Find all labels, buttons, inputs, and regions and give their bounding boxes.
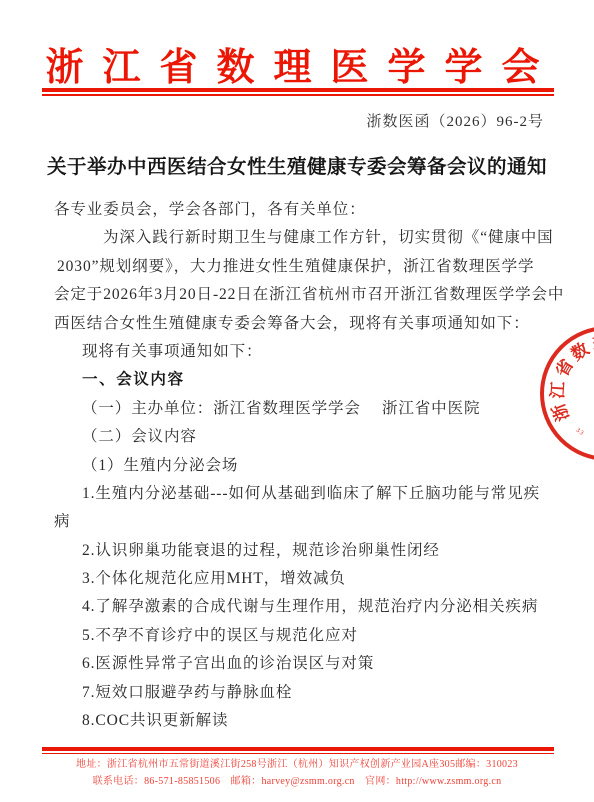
footer-divider (42, 747, 554, 754)
body-line: 各专业委员会，学会各部门，各有关单位： (54, 196, 568, 224)
body-line: 7.短效口服避孕药与静脉血栓 (54, 679, 568, 707)
body-line: 为深入践行新时期卫生与健康工作方针，切实贯彻《“健康中国 (54, 224, 568, 252)
body-line: 5.不孕不育诊疗中的误区与规范化应对 (54, 622, 568, 650)
body-line: 病 (54, 508, 568, 536)
body-line: 8.COC共识更新解读 (54, 707, 568, 735)
document-page: 浙江省数理医学学会 浙数医函（2026）96-2号 关于举办中西医结合女性生殖健… (0, 0, 594, 802)
body-line: （一）主办单位：浙江省数理医学学会 浙江省中医院 (54, 395, 568, 423)
body-line: 现将有关事项通知如下： (54, 338, 568, 366)
divider-thin-line (42, 94, 554, 96)
doc-number: 浙数医函（2026）96-2号 (367, 110, 545, 131)
divider-thin-line (42, 753, 554, 755)
body-line: （1）生殖内分泌会场 (54, 452, 568, 480)
body-line: 会定于2026年3月20日-22日在浙江省杭州市召开浙江省数理医学学会中 (54, 281, 568, 309)
seal-character: 浙 (545, 400, 575, 425)
body-line: 4.了解孕激素的合成代谢与生理作用，规范治疗内分泌相关疾病 (54, 593, 568, 621)
letterhead-divider (42, 88, 554, 96)
body-lines: 各专业委员会，学会各部门，各有关单位：为深入践行新时期卫生与健康工作方针，切实贯… (54, 196, 568, 735)
org-name: 浙江省数理医学学会 (0, 36, 594, 91)
body-line: 1.生殖内分泌基础---如何从基础到临床了解下丘脑功能与常见疾 (54, 480, 568, 508)
footer: 地址：浙江省杭州市五常街道溪江街258号浙江（杭州）知识产权创新产业园A座305… (0, 757, 594, 790)
body-line: 一、会议内容 (54, 366, 568, 394)
page-title: 关于举办中西医结合女性生殖健康专委会筹备会议的通知 (0, 151, 594, 179)
body-line: 2030”规划纲要》，大力推进女性生殖健康保护，浙江省数理医学学 (54, 253, 568, 281)
seal-number: 33 (575, 427, 586, 438)
seal-character: 江 (543, 380, 569, 399)
footer-contact: 联系电话：86-571-85851506 邮箱：harvey@zsmm.org.… (0, 774, 594, 791)
body-line: 西医结合女性生殖健康专委会筹备大会，现将有关事项通知如下： (54, 310, 568, 338)
body-line: 6.医源性异常子宫出血的诊治误区与对策 (54, 650, 568, 678)
footer-address: 地址：浙江省杭州市五常街道溪江街258号浙江（杭州）知识产权创新产业园A座305… (0, 757, 594, 774)
body-line: 2.认识卵巢功能衰退的过程，规范诊治卵巢性闭经 (54, 537, 568, 565)
body-line: 3.个体化规范化应用MHT，增效减负 (54, 565, 568, 593)
body-line: （二）会议内容 (54, 423, 568, 451)
